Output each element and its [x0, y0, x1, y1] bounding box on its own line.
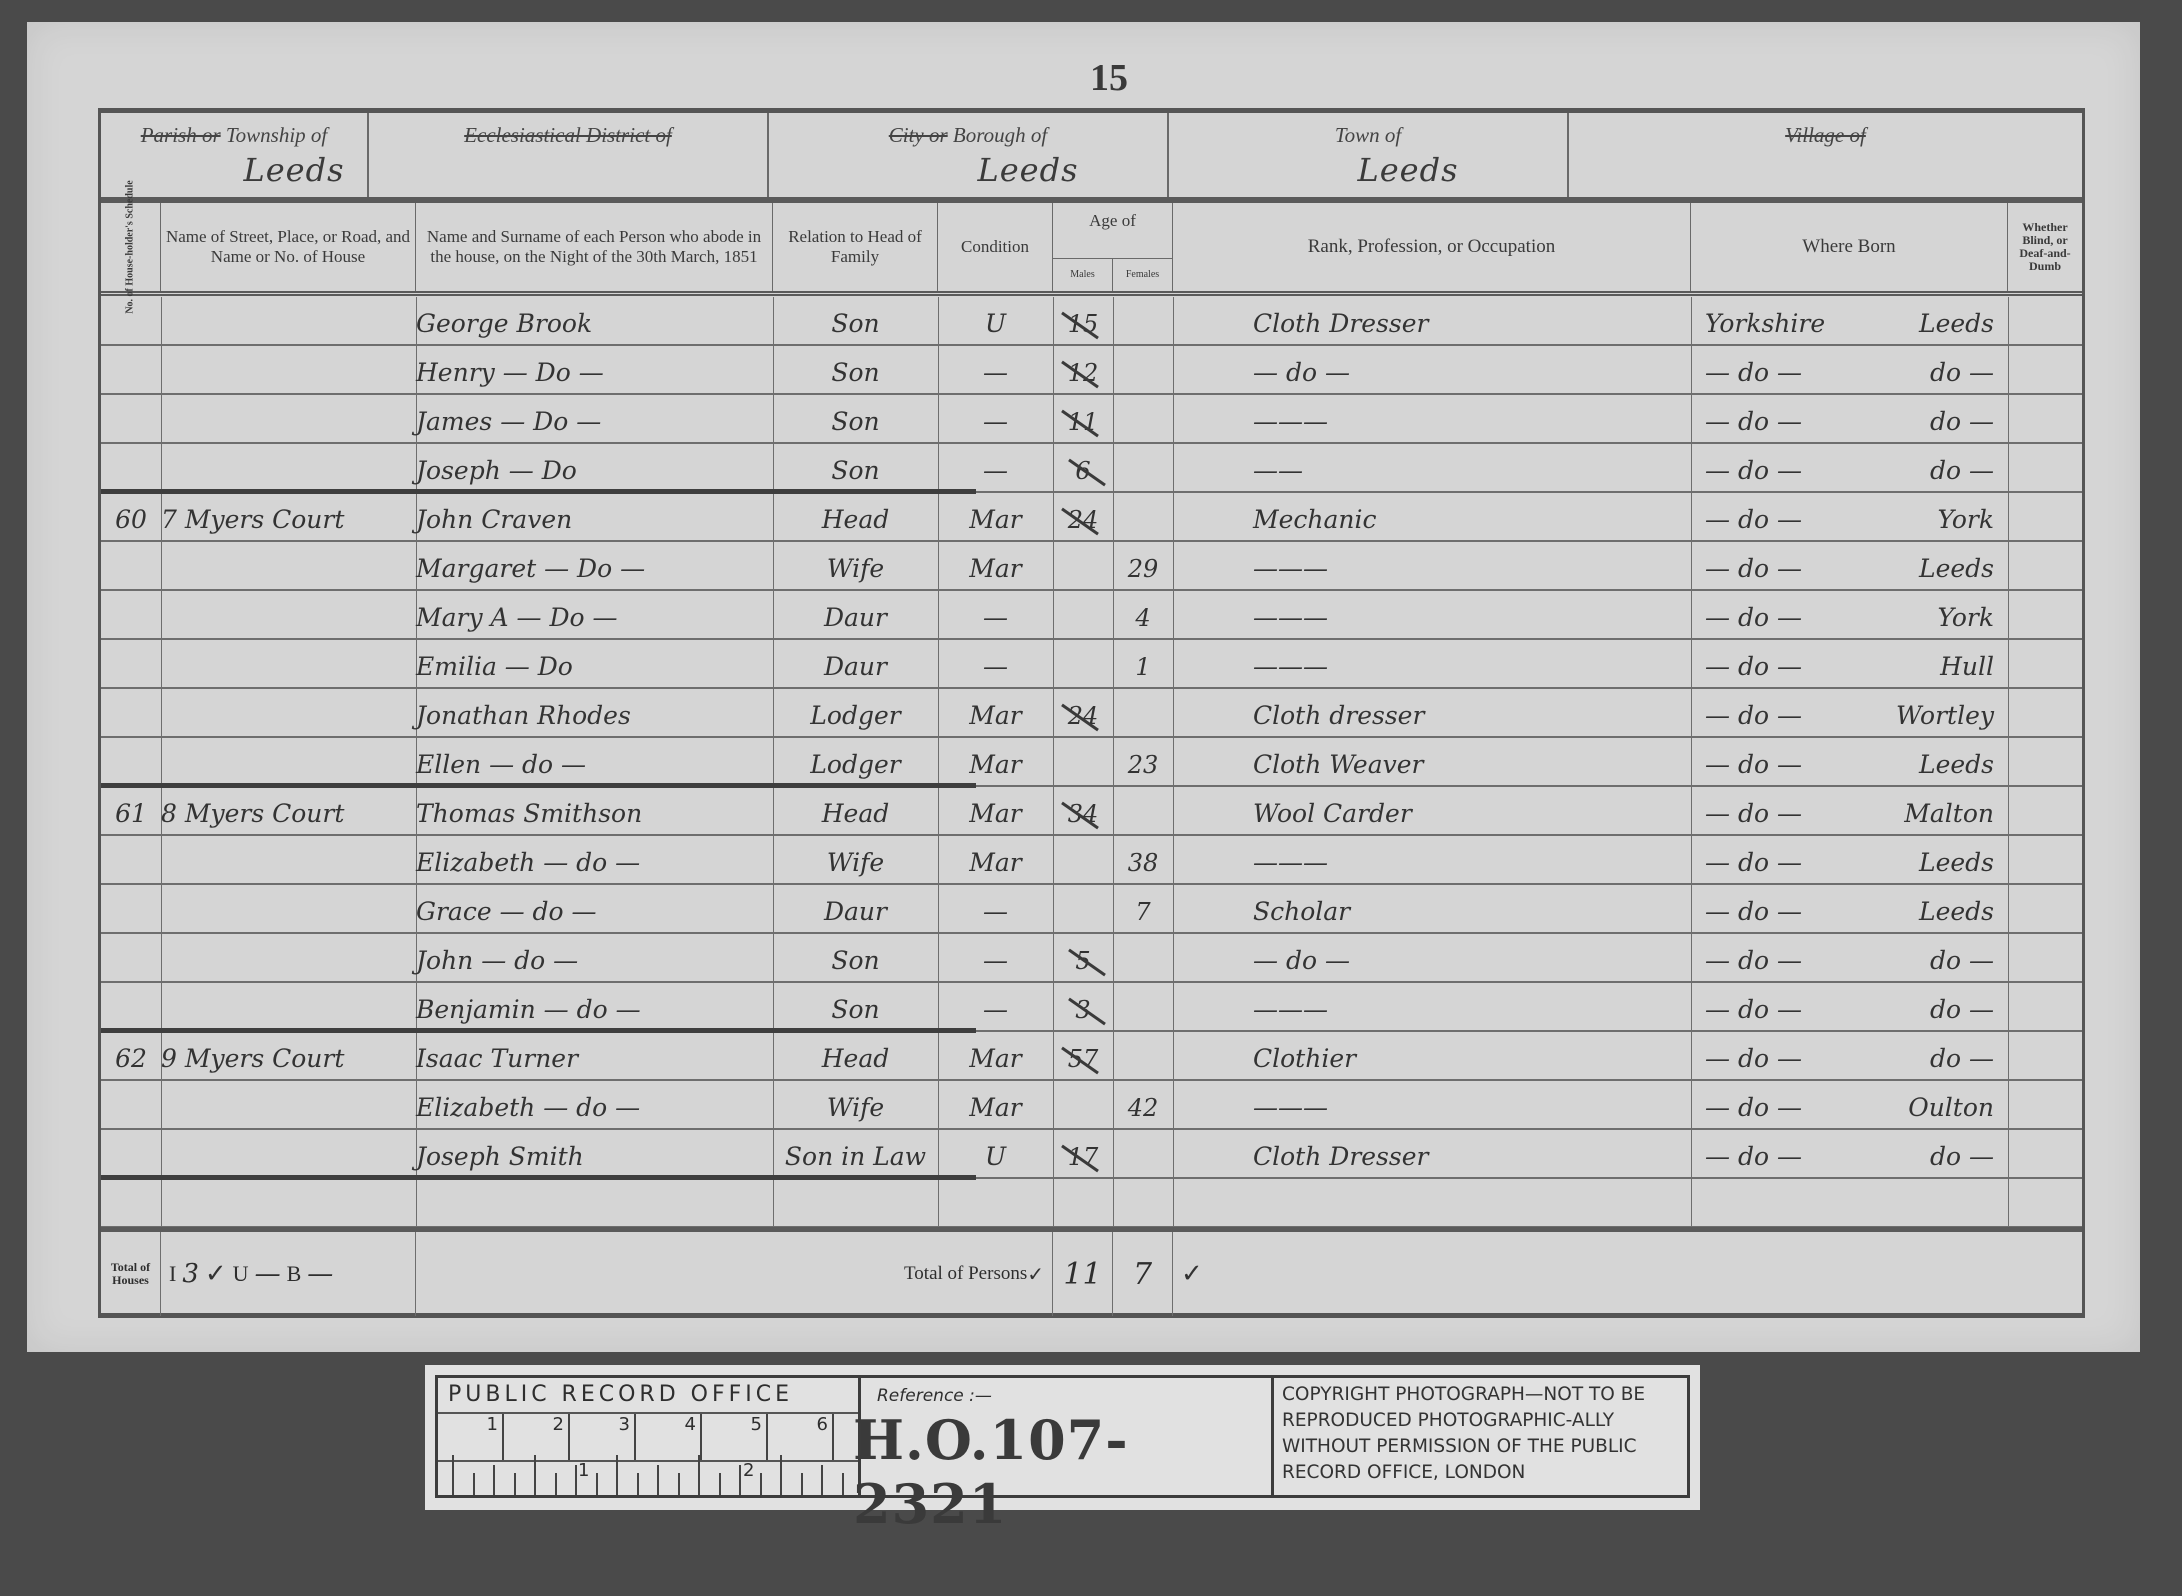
condition-text: — — [983, 995, 1008, 1024]
cell-male-age — [1053, 1179, 1113, 1228]
born-place: Leeds — [1919, 750, 1994, 779]
occupation-text: Scholar — [1253, 897, 1350, 926]
relation-text: Son — [831, 995, 879, 1024]
condition-text: Mar — [969, 505, 1021, 534]
cell-name: James — Do — — [416, 395, 773, 444]
household-separator — [101, 1175, 976, 1180]
cell-street: 9 Myers Court — [161, 1032, 416, 1081]
building-count: — — [307, 1259, 333, 1289]
cell-schedule — [101, 934, 161, 983]
table-row: John — do —Son—5— do —— do —do — — [101, 934, 2082, 983]
condition-text: U — [985, 309, 1006, 338]
inch-tick — [514, 1473, 516, 1495]
census-rows: George BrookSonU15Cloth DresserYorkshire… — [101, 297, 2082, 1227]
inch-tick — [493, 1465, 495, 1495]
household-separator — [101, 489, 976, 494]
street-text: 7 Myers Court — [161, 505, 344, 534]
cell-name: Joseph Smith — [416, 1130, 773, 1179]
cell-occupation: Cloth Weaver — [1173, 738, 1691, 787]
cell-male-age — [1053, 1081, 1113, 1130]
cell-name: Elizabeth — do — — [416, 836, 773, 885]
cell-schedule — [101, 542, 161, 591]
relation-text: Son — [831, 358, 879, 387]
cell-name — [416, 1179, 773, 1228]
occupation-text: Cloth dresser — [1253, 701, 1424, 730]
cell-female-age — [1113, 1179, 1173, 1228]
cell-occupation: ——— — [1173, 395, 1691, 444]
cell-condition: Mar — [938, 836, 1053, 885]
born-county: — do — — [1705, 946, 1802, 975]
street-text: 9 Myers Court — [161, 1044, 344, 1073]
cell-condition: U — [938, 297, 1053, 346]
table-row: Jonathan RhodesLodgerMar24Cloth dresser—… — [101, 689, 2082, 738]
place-ecclesiastical-district: Ecclesiastical District of — [369, 113, 769, 197]
condition-text: — — [983, 652, 1008, 681]
relation-text: Wife — [827, 554, 884, 583]
female-age-text: 1 — [1135, 653, 1150, 681]
header-age-label: Age of — [1089, 211, 1136, 231]
cell-male-age — [1053, 591, 1113, 640]
cell-condition — [938, 1179, 1053, 1228]
occupation-text: Cloth Weaver — [1253, 750, 1424, 779]
cell-relation: Son — [773, 297, 938, 346]
born-place: Leeds — [1919, 848, 1994, 877]
cm-tick: 5 — [702, 1414, 768, 1460]
cell-name: Thomas Smithson — [416, 787, 773, 836]
household-separator — [101, 783, 976, 788]
cell-condition: — — [938, 640, 1053, 689]
cell-occupation: ——— — [1173, 983, 1691, 1032]
relation-text: Son in Law — [785, 1142, 926, 1171]
cell-condition: U — [938, 1130, 1053, 1179]
inhabited-count: 3 — [182, 1259, 199, 1289]
cm-tick: 6 — [768, 1414, 834, 1460]
born-place: do — — [1930, 407, 1994, 436]
name-text: Elizabeth — do — — [416, 1093, 640, 1122]
name-text: Ellen — do — — [416, 750, 586, 779]
table-row: James — Do —Son—11———— do —do — — [101, 395, 2082, 444]
table-row: Elizabeth — do —WifeMar38———— do —Leeds — [101, 836, 2082, 885]
cell-street — [161, 836, 416, 885]
total-persons-label: Total of Persons ✓ — [416, 1232, 1053, 1316]
check-mark-icon: ✓ — [205, 1259, 227, 1289]
relation-text: Lodger — [810, 750, 900, 779]
cell-born: — do —Wortley — [1691, 689, 2008, 738]
cell-condition: Mar — [938, 493, 1053, 542]
table-row: Joseph — DoSon—6——— do —do — — [101, 444, 2082, 493]
inch-tick — [698, 1455, 700, 1495]
cell-blind — [2008, 738, 2082, 787]
schedule-text: 62 — [115, 1044, 147, 1073]
inch-tick — [616, 1455, 618, 1495]
place-header: Parish or Township of Leeds Ecclesiastic… — [101, 113, 2082, 203]
cell-schedule: 60 — [101, 493, 161, 542]
male-age-text: 24 — [1068, 506, 1099, 534]
cell-relation: Head — [773, 493, 938, 542]
born-county: — do — — [1705, 995, 1802, 1024]
place-town: Town of Leeds — [1169, 113, 1569, 197]
cell-female-age — [1113, 444, 1173, 493]
cell-name: Benjamin — do — — [416, 983, 773, 1032]
name-text: Jonathan Rhodes — [416, 701, 631, 730]
born-county: — do — — [1705, 554, 1802, 583]
header-name: Name and Surname of each Person who abod… — [416, 203, 773, 291]
female-age-text: 29 — [1128, 555, 1159, 583]
born-place: Hull — [1940, 652, 1994, 681]
born-county: — do — — [1705, 750, 1802, 779]
table-row — [101, 1179, 2082, 1228]
cell-name: Grace — do — — [416, 885, 773, 934]
cell-male-age — [1053, 738, 1113, 787]
condition-text: Mar — [969, 750, 1021, 779]
female-age-text: 23 — [1128, 751, 1159, 779]
cell-female-age — [1113, 1130, 1173, 1179]
place-borough: City or Borough of Leeds — [769, 113, 1169, 197]
cell-schedule — [101, 1130, 161, 1179]
born-place: Leeds — [1919, 554, 1994, 583]
inch-tick — [760, 1473, 762, 1495]
cell-female-age: 42 — [1113, 1081, 1173, 1130]
cell-street — [161, 1179, 416, 1228]
condition-text: Mar — [969, 1044, 1021, 1073]
cell-relation: Son in Law — [773, 1130, 938, 1179]
inch-tick — [596, 1473, 598, 1495]
table-row: Joseph SmithSon in LawU17Cloth Dresser— … — [101, 1130, 2082, 1179]
cell-female-age: 38 — [1113, 836, 1173, 885]
name-text: Benjamin — do — — [416, 995, 641, 1024]
born-county: — do — — [1705, 456, 1802, 485]
cell-male-age — [1053, 640, 1113, 689]
cell-schedule — [101, 689, 161, 738]
cell-schedule — [101, 444, 161, 493]
cm-tick: 1 — [438, 1414, 504, 1460]
reference-label: PUBLIC RECORD OFFICE 123456 12 Reference… — [425, 1365, 1700, 1510]
cell-street — [161, 738, 416, 787]
relation-text: Head — [822, 799, 890, 828]
building-label: B — [287, 1261, 302, 1287]
cell-schedule — [101, 836, 161, 885]
born-county: — do — — [1705, 1142, 1802, 1171]
name-text: Emilia — Do — [416, 652, 573, 681]
office-name: PUBLIC RECORD OFFICE — [438, 1378, 858, 1414]
name-text: Joseph Smith — [416, 1142, 584, 1171]
female-age-text: 38 — [1128, 849, 1159, 877]
occupation-text: ——— — [1253, 1093, 1328, 1122]
cell-born: — do —do — — [1691, 1130, 2008, 1179]
born-county: — do — — [1705, 799, 1802, 828]
cell-born — [1691, 1179, 2008, 1228]
condition-text: — — [983, 407, 1008, 436]
cell-name: Isaac Turner — [416, 1032, 773, 1081]
cell-occupation: Scholar — [1173, 885, 1691, 934]
cell-female-age — [1113, 395, 1173, 444]
born-place: York — [1938, 603, 1994, 632]
occupation-text: ——— — [1253, 848, 1328, 877]
relation-text: Son — [831, 946, 879, 975]
occupation-text: ——— — [1253, 995, 1328, 1024]
cell-born: — do —do — — [1691, 395, 2008, 444]
cell-relation: Wife — [773, 542, 938, 591]
occupation-text: ——— — [1253, 554, 1328, 583]
cell-name: Henry — Do — — [416, 346, 773, 395]
cell-female-age — [1113, 934, 1173, 983]
table-row: Emilia — DoDaur—1———— do —Hull — [101, 640, 2082, 689]
reference-caption: Reference :— — [877, 1386, 992, 1406]
condition-text: Mar — [969, 799, 1021, 828]
born-place: Leeds — [1919, 309, 1994, 338]
relation-text: Son — [831, 407, 879, 436]
cell-relation: Head — [773, 787, 938, 836]
born-county: — do — — [1705, 358, 1802, 387]
cell-street — [161, 297, 416, 346]
cell-male-age: 5 — [1053, 934, 1113, 983]
table-row: 607 Myers CourtJohn CravenHeadMar24Mecha… — [101, 493, 2082, 542]
cell-born: — do —do — — [1691, 444, 2008, 493]
condition-text: — — [983, 358, 1008, 387]
name-text: Isaac Turner — [416, 1044, 578, 1073]
cell-schedule — [101, 297, 161, 346]
cell-female-age — [1113, 689, 1173, 738]
cell-male-age: 24 — [1053, 493, 1113, 542]
born-county: — do — — [1705, 603, 1802, 632]
name-text: Elizabeth — do — — [416, 848, 640, 877]
cell-name: Ellen — do — — [416, 738, 773, 787]
occupation-text: ——— — [1253, 603, 1328, 632]
cell-relation — [773, 1179, 938, 1228]
cell-female-age: 7 — [1113, 885, 1173, 934]
born-place: do — — [1930, 1142, 1994, 1171]
female-age-text: 42 — [1128, 1094, 1159, 1122]
male-age-text: 3 — [1075, 996, 1090, 1024]
born-place: Wortley — [1896, 701, 1994, 730]
cell-occupation: Clothier — [1173, 1032, 1691, 1081]
cell-born: — do —Leeds — [1691, 885, 2008, 934]
inch-tick — [473, 1473, 475, 1495]
condition-text: Mar — [969, 701, 1021, 730]
place-village: Village of — [1569, 113, 2082, 197]
female-age-text: 4 — [1135, 604, 1150, 632]
occupation-text: Wool Carder — [1253, 799, 1412, 828]
occupation-text: — do — — [1253, 946, 1350, 975]
cell-born: — do —do — — [1691, 346, 2008, 395]
relation-text: Son — [831, 456, 879, 485]
born-place: Malton — [1904, 799, 1994, 828]
header-females: Females — [1113, 259, 1172, 291]
cell-relation: Son — [773, 983, 938, 1032]
cell-street — [161, 1130, 416, 1179]
name-text: Henry — Do — — [416, 358, 604, 387]
cell-schedule — [101, 1081, 161, 1130]
condition-text: U — [985, 1142, 1006, 1171]
born-place: York — [1938, 505, 1994, 534]
cell-male-age: 12 — [1053, 346, 1113, 395]
inch-number: 2 — [743, 1460, 754, 1481]
born-county: — do — — [1705, 897, 1802, 926]
cell-relation: Lodger — [773, 689, 938, 738]
occupation-text: —— — [1253, 456, 1303, 485]
cell-relation: Daur — [773, 591, 938, 640]
table-row: Mary A — Do —Daur—4———— do —York — [101, 591, 2082, 640]
cell-male-age: 11 — [1053, 395, 1113, 444]
cell-blind — [2008, 885, 2082, 934]
cell-male-age: 3 — [1053, 983, 1113, 1032]
cell-occupation: ——— — [1173, 542, 1691, 591]
census-form: Parish or Township of Leeds Ecclesiastic… — [98, 108, 2085, 1318]
male-age-text: 17 — [1068, 1143, 1099, 1171]
cm-ruler: 123456 — [438, 1414, 858, 1462]
total-check: ✓ — [1173, 1232, 1233, 1316]
cell-blind — [2008, 346, 2082, 395]
table-row: Margaret — Do —WifeMar29———— do —Leeds — [101, 542, 2082, 591]
cell-occupation: Mechanic — [1173, 493, 1691, 542]
cell-name: George Brook — [416, 297, 773, 346]
male-age-text: 11 — [1068, 408, 1099, 436]
total-houses: I 3 ✓ U — B — — [161, 1232, 416, 1316]
cell-street: 8 Myers Court — [161, 787, 416, 836]
cell-condition: — — [938, 885, 1053, 934]
cell-male-age: 17 — [1053, 1130, 1113, 1179]
name-text: John Craven — [416, 505, 572, 534]
cell-street — [161, 591, 416, 640]
occupation-text: — do — — [1253, 358, 1350, 387]
cell-born: — do —York — [1691, 591, 2008, 640]
cell-street — [161, 395, 416, 444]
male-age-text: 6 — [1075, 457, 1090, 485]
cell-name: Margaret — Do — — [416, 542, 773, 591]
cell-occupation — [1173, 1179, 1691, 1228]
cell-relation: Wife — [773, 1081, 938, 1130]
born-place: Oulton — [1908, 1093, 1994, 1122]
cell-condition: Mar — [938, 1032, 1053, 1081]
cell-born: — do —do — — [1691, 934, 2008, 983]
relation-text: Daur — [824, 897, 887, 926]
cell-blind — [2008, 689, 2082, 738]
cell-born: — do —York — [1691, 493, 2008, 542]
born-place: Leeds — [1919, 897, 1994, 926]
schedule-text: 60 — [115, 505, 147, 534]
cell-name: Emilia — Do — [416, 640, 773, 689]
name-text: Joseph — Do — [416, 456, 577, 485]
occupation-text: ——— — [1253, 652, 1328, 681]
female-age-text: 7 — [1135, 898, 1150, 926]
condition-text: Mar — [969, 848, 1021, 877]
cell-blind — [2008, 1130, 2082, 1179]
cell-born: — do —Leeds — [1691, 542, 2008, 591]
name-text: Margaret — Do — — [416, 554, 645, 583]
cell-born: — do —Oulton — [1691, 1081, 2008, 1130]
cell-relation: Wife — [773, 836, 938, 885]
relation-text: Head — [822, 505, 890, 534]
born-county: — do — — [1705, 505, 1802, 534]
relation-text: Daur — [824, 652, 887, 681]
cell-female-age — [1113, 297, 1173, 346]
table-row: Henry — Do —Son—12— do —— do —do — — [101, 346, 2082, 395]
table-row: 618 Myers CourtThomas SmithsonHeadMar34W… — [101, 787, 2082, 836]
inch-tick — [801, 1473, 803, 1495]
page-number: 15 — [1090, 56, 1128, 100]
male-age-text: 5 — [1075, 947, 1090, 975]
header-relation: Relation to Head of Family — [773, 203, 938, 291]
inch-tick — [739, 1465, 741, 1495]
cell-blind — [2008, 395, 2082, 444]
header-schedule: No. of House-holder's Schedule — [101, 203, 161, 291]
cell-schedule — [101, 591, 161, 640]
check-mark-icon: ✓ — [1181, 1259, 1203, 1289]
name-text: George Brook — [416, 309, 592, 338]
born-county: — do — — [1705, 1093, 1802, 1122]
check-mark-icon: ✓ — [1027, 1262, 1044, 1286]
header-where-born: Where Born — [1691, 203, 2008, 291]
inch-tick — [821, 1465, 823, 1495]
table-row: George BrookSonU15Cloth DresserYorkshire… — [101, 297, 2082, 346]
cell-street — [161, 640, 416, 689]
cell-schedule — [101, 738, 161, 787]
cell-born: — do —do — — [1691, 1032, 2008, 1081]
relation-text: Son — [831, 309, 879, 338]
cell-schedule — [101, 346, 161, 395]
uninhabited-label: U — [233, 1261, 249, 1287]
cell-occupation: ——— — [1173, 591, 1691, 640]
cell-condition: — — [938, 983, 1053, 1032]
cell-male-age: 6 — [1053, 444, 1113, 493]
cell-occupation: Cloth Dresser — [1173, 297, 1691, 346]
cell-female-age — [1113, 983, 1173, 1032]
cell-male-age: 57 — [1053, 1032, 1113, 1081]
cell-condition: — — [938, 444, 1053, 493]
cell-condition: — — [938, 346, 1053, 395]
uninhabited-count: — — [255, 1259, 281, 1289]
inch-tick — [637, 1473, 639, 1495]
cell-condition: Mar — [938, 787, 1053, 836]
table-row: Elizabeth — do —WifeMar42———— do —Oulton — [101, 1081, 2082, 1130]
table-row: Ellen — do —LodgerMar23Cloth Weaver— do … — [101, 738, 2082, 787]
born-county: — do — — [1705, 701, 1802, 730]
cell-blind — [2008, 836, 2082, 885]
inch-tick — [575, 1465, 577, 1495]
header-condition: Condition — [938, 203, 1053, 291]
occupation-text: Cloth Dresser — [1253, 309, 1428, 338]
born-place: do — — [1930, 995, 1994, 1024]
cell-blind — [2008, 1081, 2082, 1130]
cell-street — [161, 346, 416, 395]
cell-schedule — [101, 885, 161, 934]
male-age-text: 12 — [1068, 359, 1099, 387]
cell-male-age: 34 — [1053, 787, 1113, 836]
household-separator — [101, 1028, 976, 1033]
cell-name: Jonathan Rhodes — [416, 689, 773, 738]
relation-text: Daur — [824, 603, 887, 632]
cell-female-age: 4 — [1113, 591, 1173, 640]
cell-occupation: —— — [1173, 444, 1691, 493]
header-occupation: Rank, Profession, or Occupation — [1173, 203, 1691, 291]
header-street: Name of Street, Place, or Road, and Name… — [161, 203, 416, 291]
cell-born: — do —Leeds — [1691, 836, 2008, 885]
cell-street — [161, 1081, 416, 1130]
table-row: Grace — do —Daur—7Scholar— do —Leeds — [101, 885, 2082, 934]
cell-street — [161, 542, 416, 591]
header-blind-deaf: Whether Blind, or Deaf-and-Dumb — [2008, 203, 2082, 291]
name-text: Grace — do — — [416, 897, 597, 926]
cell-blind — [2008, 1179, 2082, 1228]
occupation-text: Mechanic — [1253, 505, 1377, 534]
male-age-text: 34 — [1068, 800, 1099, 828]
condition-text: — — [983, 897, 1008, 926]
cell-schedule — [101, 1179, 161, 1228]
place-township: Parish or Township of Leeds — [101, 113, 369, 197]
cell-relation: Daur — [773, 885, 938, 934]
cell-relation: Daur — [773, 640, 938, 689]
cell-male-age: 15 — [1053, 297, 1113, 346]
